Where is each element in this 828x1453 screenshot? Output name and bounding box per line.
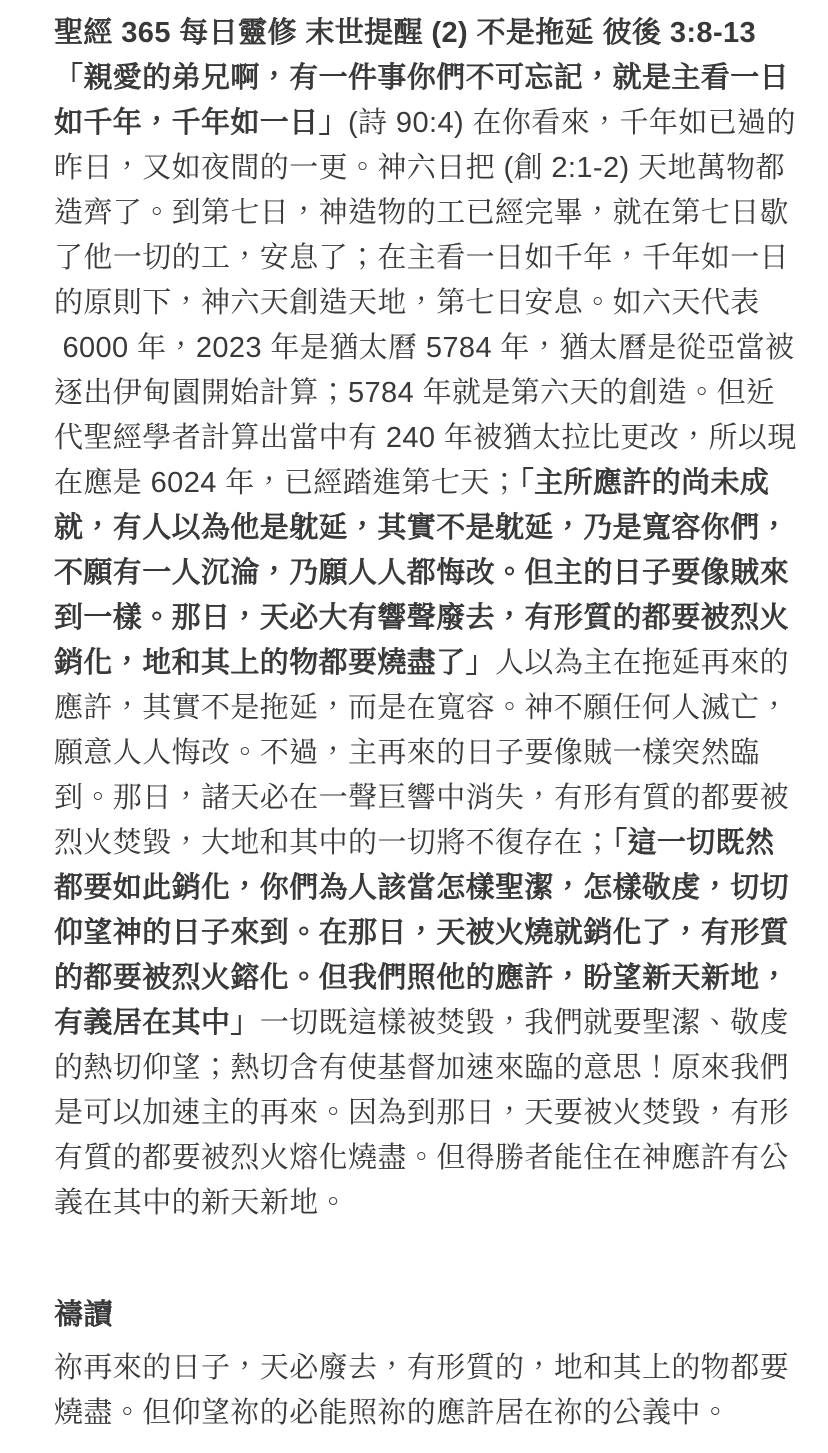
devotional-page: 聖經 365 每日靈修 末世提醒 (2) 不是拖延 彼後 3:8-13 「親愛的… — [0, 0, 828, 1453]
run-title: 聖經 365 每日靈修 末世提醒 (2) 不是拖延 彼後 3:8-13 — [54, 17, 756, 49]
run-prayer-text: 祢再來的日子，天必廢去，有形質的，地和其上的物都要 燒盡。但仰望祢的必能照祢的應… — [54, 1352, 789, 1429]
run-commentary: (詩 90:4) 在你看來，千年如已過的 昨日，又如夜間的一更。神六日把 (創 … — [54, 107, 797, 499]
prayer-section-heading: 禱讀 — [54, 1293, 792, 1338]
prayer-text: 祢再來的日子，天必廢去，有形質的，地和其上的物都要 燒盡。但仰望祢的必能照祢的應… — [54, 1346, 792, 1436]
devotional-main-text: 聖經 365 每日靈修 末世提醒 (2) 不是拖延 彼後 3:8-13 「親愛的… — [54, 11, 792, 1226]
